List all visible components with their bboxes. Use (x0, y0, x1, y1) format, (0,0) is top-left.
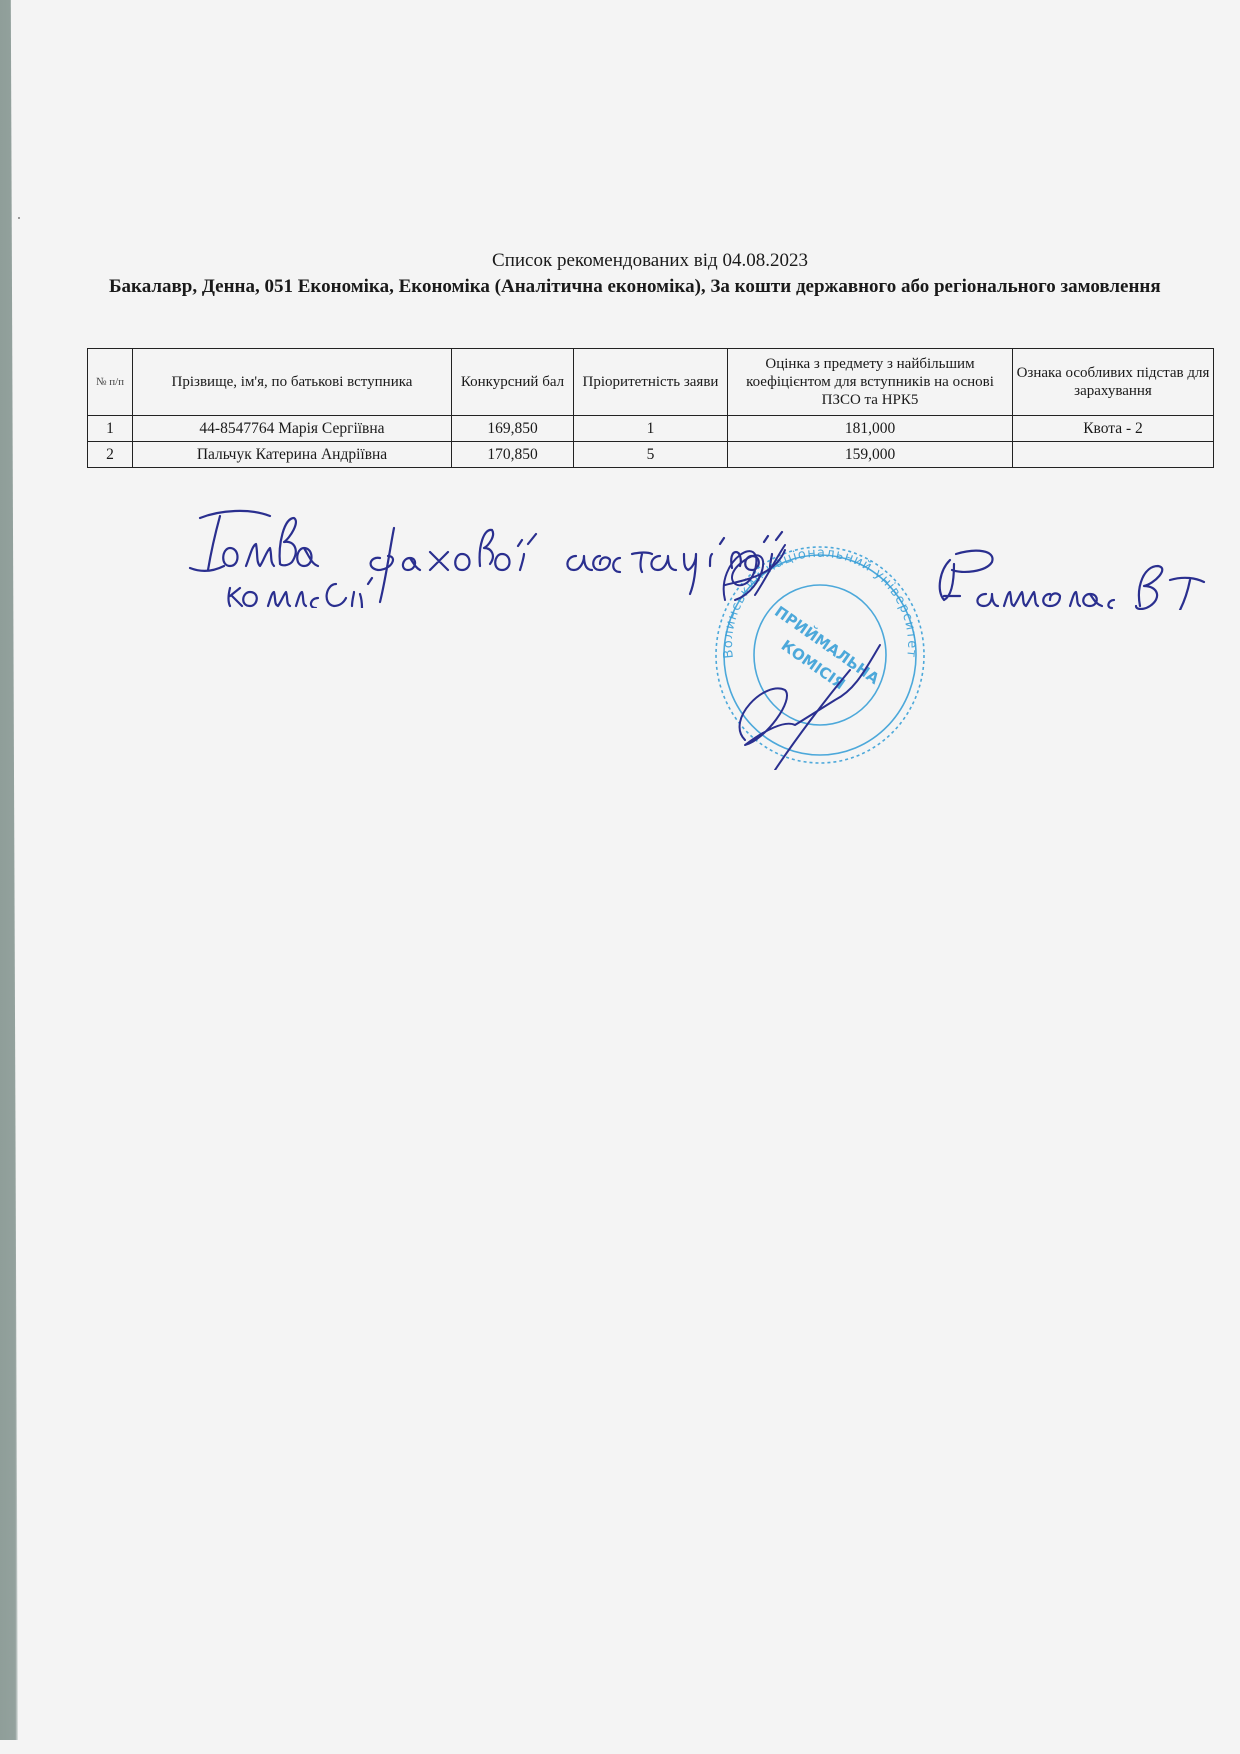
cell-num: 2 (88, 442, 133, 468)
cell-score: 170,850 (452, 442, 574, 468)
table-header-row: № п/п Прізвище, ім'я, по батькові вступн… (88, 349, 1214, 416)
cell-special: Квота - 2 (1013, 416, 1214, 442)
table-row: 1 44-8547764 Марія Сергіївна 169,850 1 1… (88, 416, 1214, 442)
cell-special (1013, 442, 1214, 468)
cell-num: 1 (88, 416, 133, 442)
header-num: № п/п (88, 349, 133, 416)
cell-priority: 1 (574, 416, 728, 442)
document-subtitle: Бакалавр, Денна, 051 Економіка, Економік… (87, 274, 1207, 299)
table-row: 2 Пальчук Катерина Андріївна 170,850 5 1… (88, 442, 1214, 468)
cell-subject-score: 159,000 (728, 442, 1013, 468)
official-stamp: Волинський національний університет імен… (705, 540, 935, 770)
cell-score: 169,850 (452, 416, 574, 442)
scan-speck (18, 217, 20, 219)
signer-name-handwritten (930, 540, 1240, 610)
document-title: Список рекомендованих від 04.08.2023 (0, 250, 1240, 272)
header-name: Прізвище, ім'я, по батькові вступника (133, 349, 452, 416)
cell-priority: 5 (574, 442, 728, 468)
cell-name: Пальчук Катерина Андріївна (133, 442, 452, 468)
cell-subject-score: 181,000 (728, 416, 1013, 442)
header-special: Ознака особливих підстав для зарахування (1013, 349, 1214, 416)
header-score: Конкурсний бал (452, 349, 574, 416)
header-priority: Пріоритетність заяви (574, 349, 728, 416)
cell-name: 44-8547764 Марія Сергіївна (133, 416, 452, 442)
recommended-list-table: № п/п Прізвище, ім'я, по батькові вступн… (87, 348, 1214, 468)
header-subject-score: Оцінка з предмету з найбільшим коефіцієн… (728, 349, 1013, 416)
